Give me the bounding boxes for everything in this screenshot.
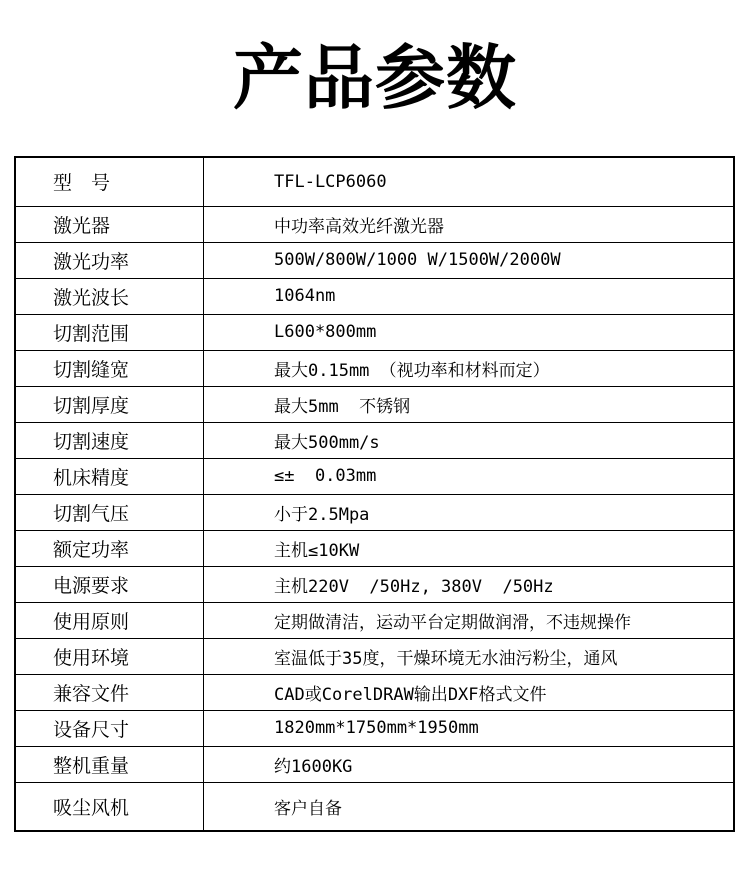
- param-label: 切割速度: [15, 422, 204, 458]
- param-value: 最大5mm 不锈钢: [204, 386, 735, 422]
- param-value: L600*800mm: [204, 314, 735, 350]
- table-row: 型 号 TFL-LCP6060: [15, 157, 734, 206]
- table-row: 吸尘风机 客户自备: [15, 782, 734, 831]
- param-value: 中功率高效光纤激光器: [204, 206, 735, 242]
- param-label: 兼容文件: [15, 674, 204, 710]
- param-label: 切割范围: [15, 314, 204, 350]
- param-label: 使用环境: [15, 638, 204, 674]
- param-label: 切割缝宽: [15, 350, 204, 386]
- param-value: 客户自备: [204, 782, 735, 831]
- table-row: 切割范围 L600*800mm: [15, 314, 734, 350]
- param-value: 500W/800W/1000 W/1500W/2000W: [204, 242, 735, 278]
- param-label: 整机重量: [15, 746, 204, 782]
- param-value: 最大0.15mm （视功率和材料而定）: [204, 350, 735, 386]
- table-row: 激光器 中功率高效光纤激光器: [15, 206, 734, 242]
- product-parameters-table: 型 号 TFL-LCP6060 激光器 中功率高效光纤激光器 激光功率 500W…: [14, 156, 735, 832]
- table-row: 兼容文件 CAD或CorelDRAW输出DXF格式文件: [15, 674, 734, 710]
- param-value: 主机220V /50Hz, 380V /50Hz: [204, 566, 735, 602]
- param-value: CAD或CorelDRAW输出DXF格式文件: [204, 674, 735, 710]
- table-row: 切割速度 最大500mm/s: [15, 422, 734, 458]
- table-row: 切割缝宽 最大0.15mm （视功率和材料而定）: [15, 350, 734, 386]
- param-value: ≤± 0.03mm: [204, 458, 735, 494]
- param-label: 电源要求: [15, 566, 204, 602]
- param-label: 切割厚度: [15, 386, 204, 422]
- param-label: 机床精度: [15, 458, 204, 494]
- table-row: 电源要求 主机220V /50Hz, 380V /50Hz: [15, 566, 734, 602]
- param-label: 切割气压: [15, 494, 204, 530]
- param-value: TFL-LCP6060: [204, 157, 735, 206]
- param-value: 最大500mm/s: [204, 422, 735, 458]
- param-value: 1064nm: [204, 278, 735, 314]
- param-label: 型 号: [15, 157, 204, 206]
- table-row: 激光波长 1064nm: [15, 278, 734, 314]
- table-body: 型 号 TFL-LCP6060 激光器 中功率高效光纤激光器 激光功率 500W…: [15, 157, 734, 831]
- table-row: 激光功率 500W/800W/1000 W/1500W/2000W: [15, 242, 734, 278]
- param-label: 激光功率: [15, 242, 204, 278]
- param-value: 定期做清洁，运动平台定期做润滑，不违规操作: [204, 602, 735, 638]
- param-label: 设备尺寸: [15, 710, 204, 746]
- product-parameters-page: 产品参数 型 号 TFL-LCP6060 激光器 中功率高效光纤激光器 激光功率…: [0, 40, 750, 832]
- table-row: 机床精度 ≤± 0.03mm: [15, 458, 734, 494]
- param-label: 吸尘风机: [15, 782, 204, 831]
- param-value: 室温低于35度，干燥环境无水油污粉尘，通风: [204, 638, 735, 674]
- param-label: 激光器: [15, 206, 204, 242]
- param-value: 1820mm*1750mm*1950mm: [204, 710, 735, 746]
- table-row: 切割厚度 最大5mm 不锈钢: [15, 386, 734, 422]
- table-row: 切割气压 小于2.5Mpa: [15, 494, 734, 530]
- param-label: 激光波长: [15, 278, 204, 314]
- param-value: 约1600KG: [204, 746, 735, 782]
- table-row: 额定功率 主机≤10KW: [15, 530, 734, 566]
- table-row: 整机重量 约1600KG: [15, 746, 734, 782]
- table-row: 使用原则 定期做清洁，运动平台定期做润滑，不违规操作: [15, 602, 734, 638]
- param-value: 主机≤10KW: [204, 530, 735, 566]
- param-label: 使用原则: [15, 602, 204, 638]
- table-row: 设备尺寸 1820mm*1750mm*1950mm: [15, 710, 734, 746]
- param-label: 额定功率: [15, 530, 204, 566]
- page-title: 产品参数: [0, 40, 750, 117]
- table-row: 使用环境 室温低于35度，干燥环境无水油污粉尘，通风: [15, 638, 734, 674]
- param-value: 小于2.5Mpa: [204, 494, 735, 530]
